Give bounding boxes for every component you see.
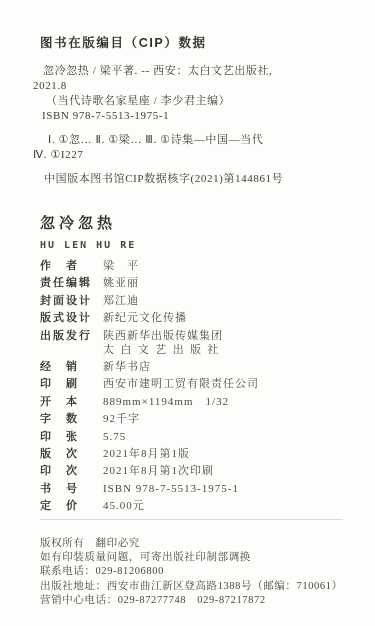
colophon-row-value: 889mm×1194mm 1/32 xyxy=(103,395,229,409)
colophon-row-editor: 责任编辑 姚亚丽 xyxy=(40,276,351,290)
colophon-row-value: 郑江迪 xyxy=(103,294,139,308)
colophon-row-label: 定 价 xyxy=(40,499,103,513)
colophon-row-cover-design: 封面设计 郑江迪 xyxy=(40,294,351,308)
cip-registry-number: 中国版本图书馆CIP数据核字(2021)第144861号 xyxy=(33,172,349,187)
colophon-row-label: 作 者 xyxy=(40,259,103,273)
colophon-row-value: 梁 平 xyxy=(103,259,139,273)
cip-record-line: 忽冷忽热 / 梁平著. -- 西安：太白文艺出版社, xyxy=(33,64,349,79)
cip-record-line: （当代诗歌名家星座 / 李少君主编） xyxy=(33,94,349,109)
spacer xyxy=(33,124,349,133)
colophon-row-value: 陕西新华出版传媒集团 太白文艺出版社 xyxy=(103,329,225,357)
colophon-row-edition: 版 次 2021年8月第1版 xyxy=(40,447,351,461)
colophon-row-value: 45.00元 xyxy=(103,499,145,513)
colophon-row-value: 5.75 xyxy=(103,430,126,444)
colophon-row-value: 2021年8月第1版 xyxy=(103,447,190,461)
colophon-row-label: 经 销 xyxy=(40,360,103,374)
colophon-row-value: 2021年8月第1次印刷 xyxy=(103,464,214,478)
colophon-row-label: 书 号 xyxy=(40,482,103,496)
colophon-row-label: 印 刷 xyxy=(40,377,103,391)
cip-record-line: 2021.8 xyxy=(33,79,349,94)
colophon-row-isbn: 书 号 ISBN 978-7-5513-1975-1 xyxy=(40,482,351,496)
copyright-page: 图书在版编目（CIP）数据 忽冷忽热 / 梁平著. -- 西安：太白文艺出版社,… xyxy=(0,0,375,626)
footer-line-quality: 如有印装质量问题，可寄出版社印制部调换 xyxy=(40,551,361,565)
cip-heading: 图书在版编目（CIP）数据 xyxy=(33,36,349,51)
book-pinyin: HU LEN HU RE xyxy=(40,240,136,251)
colophon-row-label: 开 本 xyxy=(40,395,103,409)
cip-classification-line: Ⅰ. ①忽… Ⅱ. ①梁… Ⅲ. ①诗集—中国—当代 xyxy=(33,133,349,148)
colophon-row-label: 字 数 xyxy=(40,412,103,426)
book-title: 忽冷忽热 xyxy=(40,212,136,233)
colophon-row-word-count: 字 数 92千字 xyxy=(40,412,351,426)
footer-line-address: 出版社地址：西安市曲江新区登高路1388号（邮编：710061） xyxy=(40,580,361,594)
colophon-row-value: ISBN 978-7-5513-1975-1 xyxy=(103,482,239,496)
footer-notice: 版权所有 翻印必究 如有印装质量问题，可寄出版社印制部调换 联系电话：029-8… xyxy=(40,537,361,608)
colophon-row-publisher: 出版发行 陕西新华出版传媒集团 太白文艺出版社 xyxy=(40,329,351,357)
colophon-row-format: 开 本 889mm×1194mm 1/32 xyxy=(40,395,351,409)
colophon: 作 者 梁 平 责任编辑 姚亚丽 封面设计 郑江迪 版式设计 新纪元文化传播 出… xyxy=(40,259,351,516)
publisher-group-line: 陕西新华出版传媒集团 xyxy=(103,330,223,342)
colophon-row-layout-design: 版式设计 新纪元文化传播 xyxy=(40,311,351,325)
footer-line-marketing: 营销中心电话：029-87277748 029-87217872 xyxy=(40,594,361,608)
colophon-row-distributor: 经 销 新华书店 xyxy=(40,360,351,374)
colophon-row-label: 版式设计 xyxy=(40,311,103,325)
colophon-row-label: 封面设计 xyxy=(40,294,103,308)
publisher-press-line: 太白文艺出版社 xyxy=(103,343,225,357)
colophon-row-value: 新华书店 xyxy=(103,360,151,374)
divider-rule xyxy=(40,519,343,520)
colophon-row-author: 作 者 梁 平 xyxy=(40,259,351,273)
cip-classification-line: Ⅳ. ①I227 xyxy=(33,148,349,163)
colophon-row-impression: 印 次 2021年8月第1次印刷 xyxy=(40,464,351,478)
colophon-row-label: 版 次 xyxy=(40,447,103,461)
colophon-row-value: 西安市建明工贸有限责任公司 xyxy=(103,377,259,391)
footer-line-phone: 联系电话：029-81206800 xyxy=(40,565,361,579)
colophon-row-label: 责任编辑 xyxy=(40,276,103,290)
footer-line-copyright: 版权所有 翻印必究 xyxy=(40,537,361,551)
cip-record-line: ISBN 978-7-5513-1975-1 xyxy=(33,109,349,124)
colophon-row-value: 新纪元文化传播 xyxy=(103,311,187,325)
colophon-row-price: 定 价 45.00元 xyxy=(40,499,351,513)
colophon-row-sheets: 印 张 5.75 xyxy=(40,430,351,444)
title-block: 忽冷忽热 HU LEN HU RE xyxy=(40,212,136,251)
colophon-row-printer: 印 刷 西安市建明工贸有限责任公司 xyxy=(40,377,351,391)
colophon-row-value: 92千字 xyxy=(103,412,140,426)
colophon-row-label: 出版发行 xyxy=(40,329,103,343)
spacer xyxy=(33,163,349,172)
colophon-row-value: 姚亚丽 xyxy=(103,276,139,290)
colophon-row-label: 印 次 xyxy=(40,464,103,478)
colophon-row-label: 印 张 xyxy=(40,430,103,444)
cip-block: 图书在版编目（CIP）数据 忽冷忽热 / 梁平著. -- 西安：太白文艺出版社,… xyxy=(33,36,349,187)
